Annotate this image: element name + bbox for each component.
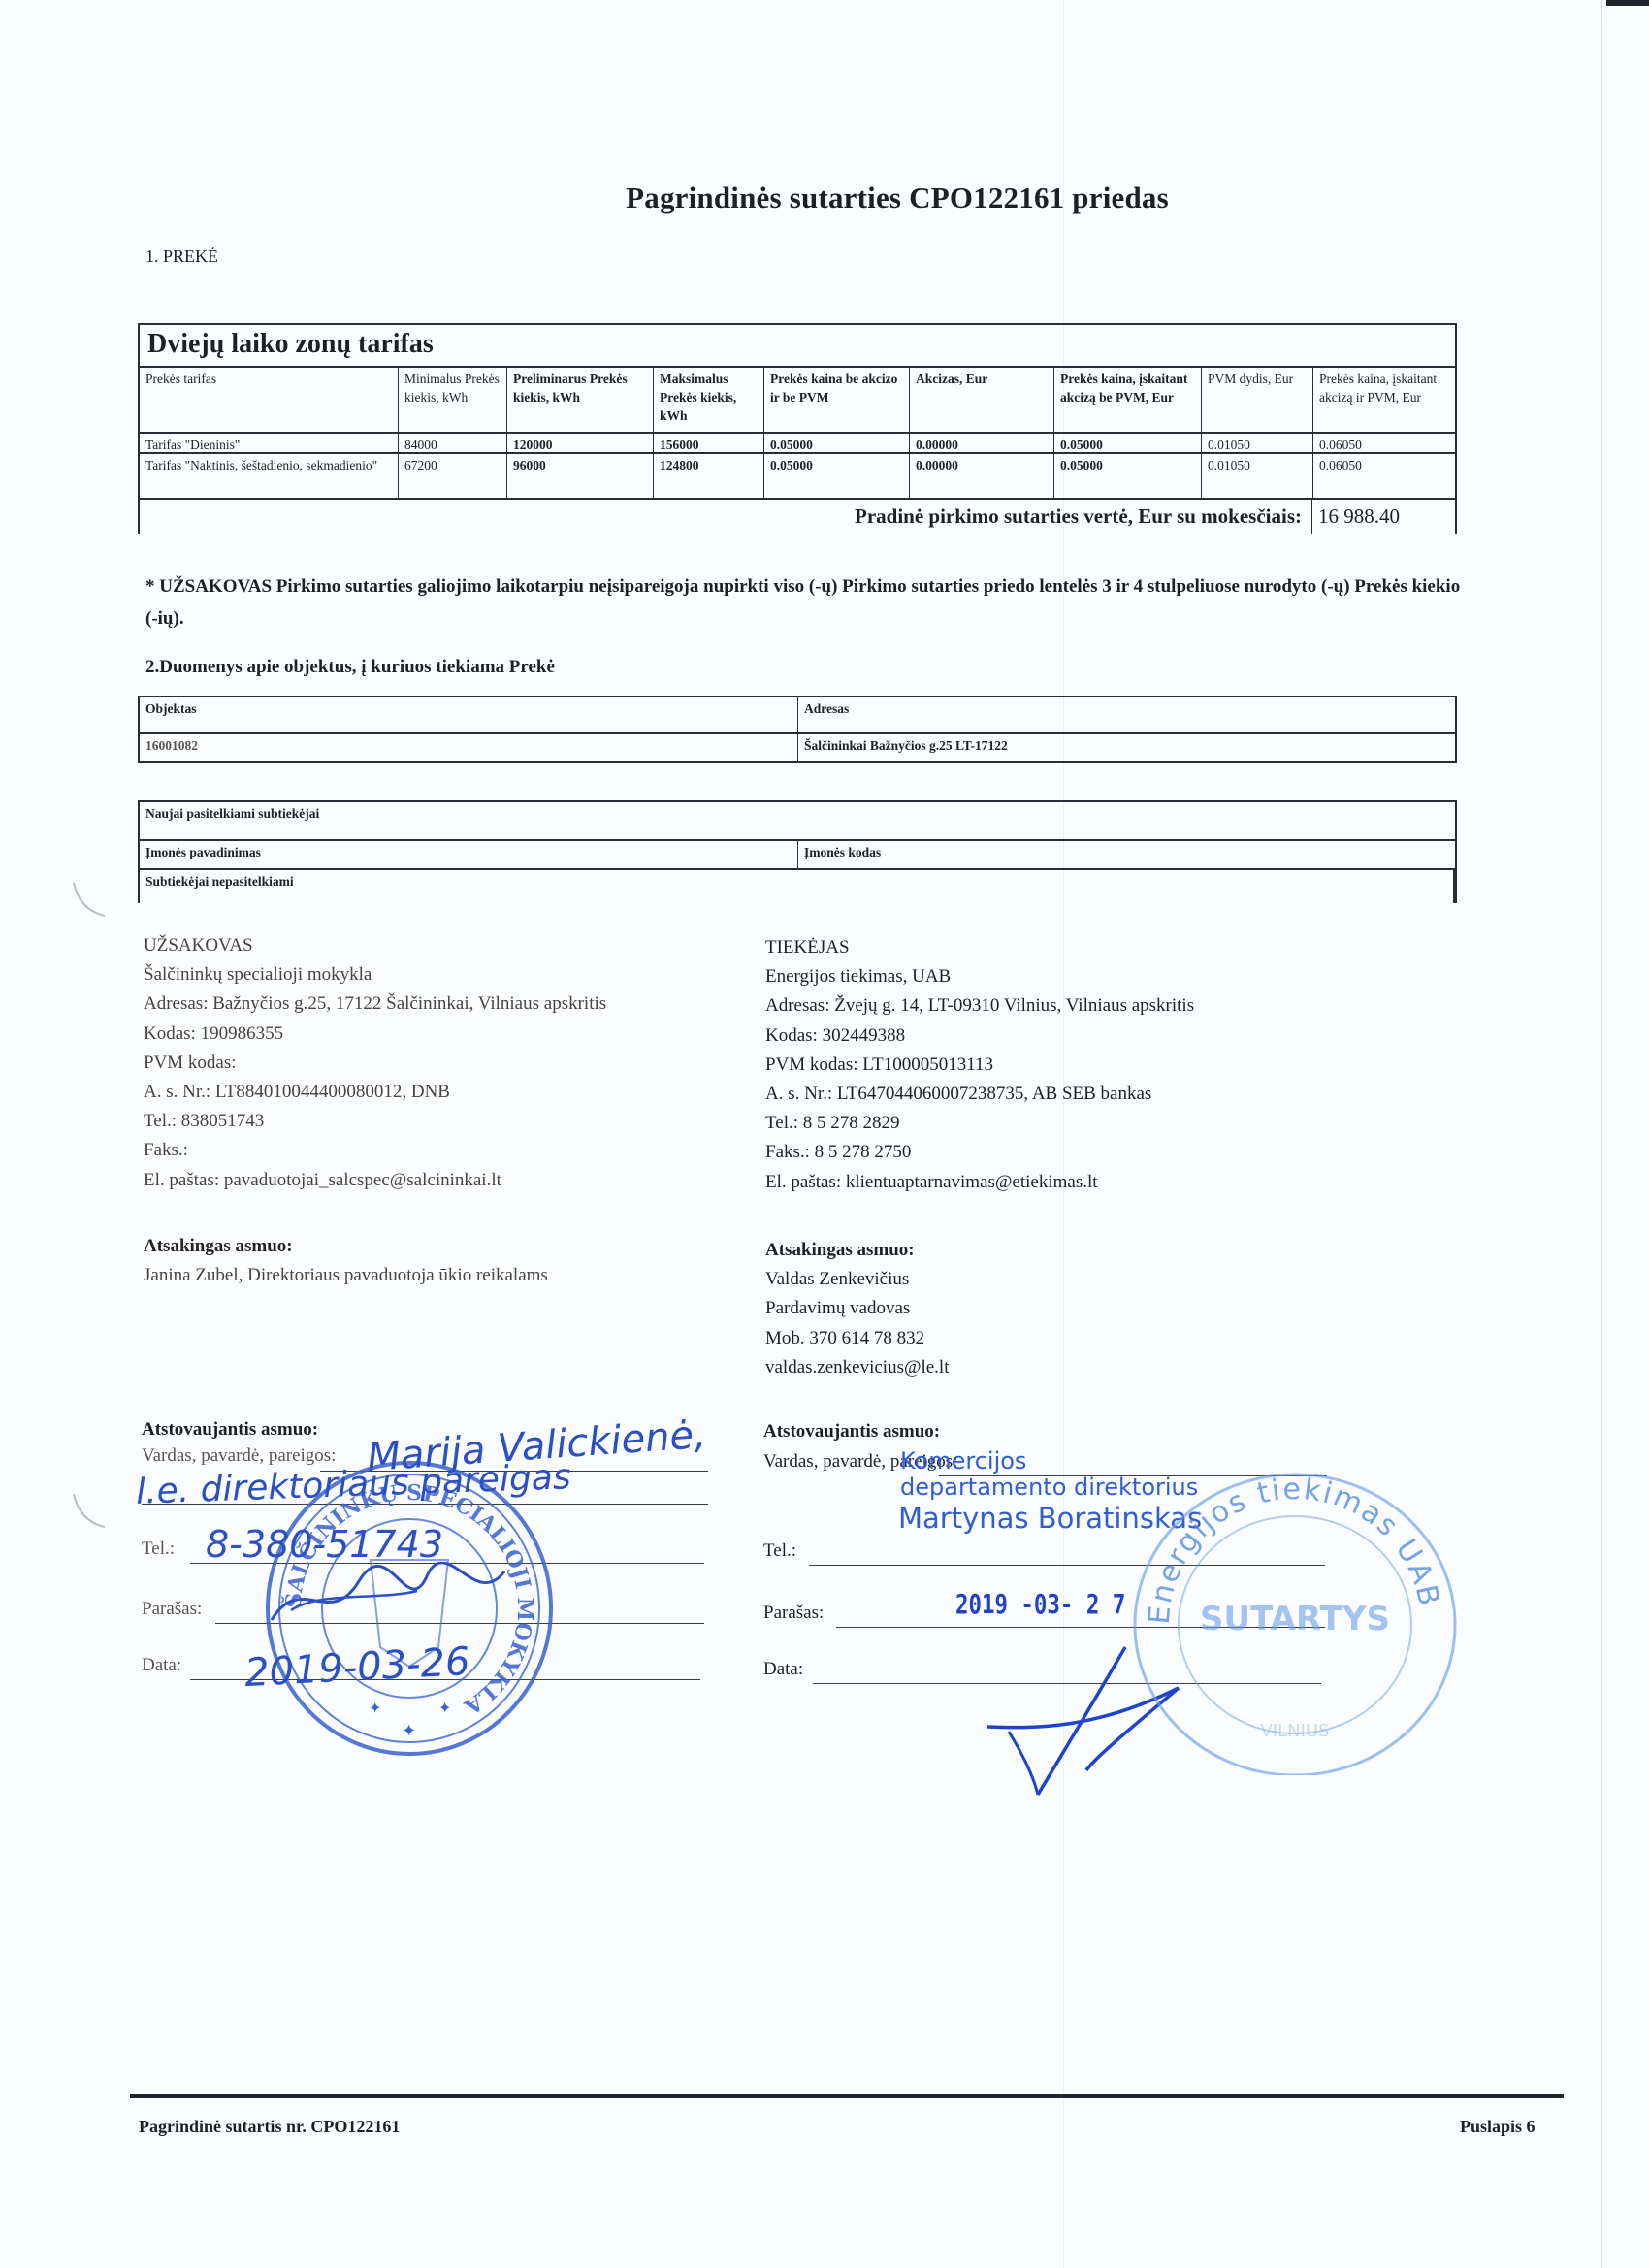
scan-artifact-line <box>1601 0 1602 2268</box>
svg-text:VILNIUS: VILNIUS <box>1260 1721 1329 1741</box>
total-label: Pradinė pirkimo sutarties vertė, Eur su … <box>140 500 1311 534</box>
objects-header-row: Objektas Adresas <box>140 697 1455 734</box>
table-cell: Tarifas "Naktinis, šeštadienio, sekmadie… <box>140 454 398 498</box>
customer-email: El. paštas: pavaduotojai_salcspec@salcin… <box>144 1166 606 1195</box>
supplier-details: TIEKĖJAS Energijos tiekimas, UAB Adresas… <box>765 933 1194 1197</box>
table-cell: 67200 <box>398 454 506 498</box>
supplier-date-stamp: 2019 -03- 2 7 <box>955 1588 1125 1620</box>
tariff-table-title-row: Dviejų laiko zonų tarifas <box>140 325 1455 368</box>
footer-page-number: Puslapis 6 <box>1460 2117 1536 2137</box>
tariff-table-header-row: Prekės tarifasMinimalus Prekės kiekis, k… <box>140 368 1455 434</box>
customer-signature-field-label: Parašas: <box>142 1599 202 1620</box>
tariff-total-row: Pradinė pirkimo sutarties vertė, Eur su … <box>140 500 1455 534</box>
supplier-fax: Faks.: 8 5 278 2750 <box>765 1138 1194 1167</box>
supplier-phone: Tel.: 8 5 278 2829 <box>765 1109 1194 1138</box>
customer-signature <box>262 1562 514 1639</box>
subcontractors-title: Naujai pasitelkiami subtiekėjai <box>140 802 1455 839</box>
customer-code: Kodas: 190986355 <box>144 1020 606 1049</box>
customer-responsible: Atsakingas asmuo: Janina Zubel, Direktor… <box>144 1232 548 1290</box>
column-header: Akcizas, Eur <box>909 368 1053 432</box>
page-title: Pagrindinės sutarties CPO122161 priedas <box>0 180 1649 215</box>
table-row: Tarifas "Dieninis"840001200001560000.050… <box>140 434 1455 454</box>
svg-text:✦: ✦ <box>369 1701 381 1717</box>
customer-name: Šalčininkų specialioji mokykla <box>144 960 606 989</box>
table-cell: 0.06050 <box>1312 454 1455 498</box>
total-value: 16 988.40 <box>1311 500 1455 534</box>
column-header: Prekės kaina, įskaitant akcizą ir PVM, E… <box>1312 368 1455 432</box>
tariff-table: Dviejų laiko zonų tarifas Prekės tarifas… <box>138 323 1457 534</box>
column-header: Preliminarus Prekės kiekis, kWh <box>506 368 653 432</box>
supplier-signature-field-label: Parašas: <box>763 1603 824 1624</box>
column-header: Prekės kaina, įskaitant akcizą be PVM, E… <box>1053 368 1201 432</box>
subcontractors-title-row: Naujai pasitelkiami subtiekėjai <box>140 802 1455 841</box>
supplier-phone-field-label: Tel.: <box>763 1540 796 1562</box>
table-cell: 0.00000 <box>909 454 1053 498</box>
subcontractors-table: Naujai pasitelkiami subtiekėjai Įmonės p… <box>138 800 1457 903</box>
customer-phone-field-label: Tel.: <box>142 1539 175 1560</box>
customer-phone: Tel.: 838051743 <box>144 1107 606 1136</box>
customer-address: Adresas: Bažnyčios g.25, 17122 Šalčinink… <box>144 989 606 1019</box>
quantity-note: * UŽSAKOVAS Pirkimo sutarties galiojimo … <box>145 570 1465 634</box>
table-cell: 120000 <box>506 434 653 452</box>
scan-edge <box>1606 0 1649 6</box>
column-header: Prekės tarifas <box>140 368 398 432</box>
table-cell: 0.05000 <box>1053 434 1201 452</box>
object-id: 16001082 <box>140 734 797 761</box>
svg-text:✦: ✦ <box>402 1721 416 1740</box>
table-cell: 96000 <box>506 454 653 498</box>
column-header: Prekės kaina be akcizo ir be PVM <box>763 368 909 432</box>
svg-text:✦: ✦ <box>438 1701 451 1717</box>
supplier-email: El. paštas: klientuaptarnavimas@etiekima… <box>765 1168 1194 1197</box>
supplier-code: Kodas: 302449388 <box>765 1021 1194 1051</box>
header-company-name: Įmonės pavadinimas <box>140 841 797 868</box>
objects-header-adresas: Adresas <box>797 697 1455 732</box>
tariff-table-title: Dviejų laiko zonų tarifas <box>140 325 1455 366</box>
supplier-account: A. s. Nr.: LT647044060007238735, AB SEB … <box>765 1080 1194 1109</box>
header-company-code: Įmonės kodas <box>797 841 1455 868</box>
table-cell: 156000 <box>653 434 763 452</box>
supplier-vat-code: PVM kodas: LT100005013113 <box>765 1051 1194 1080</box>
table-cell: 0.00000 <box>909 434 1053 452</box>
object-address: Šalčininkai Bažnyčios g.25 LT-17122 <box>797 734 1455 761</box>
supplier-date-field-label: Data: <box>763 1659 803 1680</box>
handwritten-phone: 8-380-51743 <box>206 1523 443 1566</box>
no-subcontractors: Subtiekėjai nepasitelkiami <box>140 870 1455 903</box>
supplier-responsible-email: valdas.zenkevicius@le.lt <box>765 1353 950 1382</box>
objects-header-objektas: Objektas <box>140 697 797 732</box>
customer-vat-code: PVM kodas: <box>144 1049 606 1078</box>
hole-punch-mark <box>66 873 114 931</box>
supplier-role: TIEKĖJAS <box>765 933 1194 962</box>
objects-table: Objektas Adresas 16001082 Šalčininkai Ba… <box>138 696 1457 763</box>
column-header: Minimalus Prekės kiekis, kWh <box>398 368 506 432</box>
hole-punch-mark <box>66 1484 114 1542</box>
table-cell: 0.06050 <box>1312 434 1455 452</box>
column-header: Maksimalus Prekės kiekis, kWh <box>653 368 763 432</box>
customer-date-field-label: Data: <box>142 1655 181 1676</box>
supplier-name: Energijos tiekimas, UAB <box>765 962 1194 991</box>
table-cell: 0.05000 <box>763 434 909 452</box>
table-cell: Tarifas "Dieninis" <box>140 434 398 452</box>
table-cell: 0.05000 <box>763 454 909 498</box>
customer-fax: Faks.: <box>144 1136 606 1165</box>
supplier-responsible: Atsakingas asmuo: Valdas Zenkevičius Par… <box>765 1236 950 1382</box>
section-heading-preke: 1. PREKĖ <box>145 246 218 267</box>
table-cell: 84000 <box>398 434 506 452</box>
supplier-address: Adresas: Žvejų g. 14, LT-09310 Vilnius, … <box>765 991 1194 1021</box>
supplier-responsible-name: Valdas Zenkevičius <box>765 1265 950 1294</box>
table-row: Subtiekėjai nepasitelkiami <box>140 870 1455 903</box>
svg-text:SUTARTYS: SUTARTYS <box>1200 1600 1390 1638</box>
table-row: Tarifas "Naktinis, šeštadienio, sekmadie… <box>140 454 1455 500</box>
subcontractors-header-row: Įmonės pavadinimas Įmonės kodas <box>140 841 1455 870</box>
table-cell: 124800 <box>653 454 763 498</box>
table-row: 16001082 Šalčininkai Bažnyčios g.25 LT-1… <box>140 734 1455 761</box>
table-cell: 0.01050 <box>1201 434 1312 452</box>
supplier-representative-label: Atstovaujantis asmuo: <box>763 1421 940 1442</box>
customer-account: A. s. Nr.: LT884010044400080012, DNB <box>144 1078 606 1107</box>
customer-representative-label: Atstovaujantis asmuo: <box>142 1419 318 1441</box>
table-cell: 0.01050 <box>1201 454 1312 498</box>
customer-responsible-label: Atsakingas asmuo: <box>144 1232 548 1261</box>
customer-details: UŽSAKOVAS Šalčininkų specialioji mokykla… <box>144 931 606 1195</box>
section-heading-objects: 2.Duomenys apie objektus, į kuriuos tiek… <box>145 657 555 678</box>
customer-responsible-person: Janina Zubel, Direktoriaus pavaduotoja ū… <box>144 1261 548 1290</box>
supplier-responsible-mobile: Mob. 370 614 78 832 <box>765 1324 950 1353</box>
footer-divider <box>130 2094 1564 2098</box>
supplier-responsible-title: Pardavimų vadovas <box>765 1294 950 1323</box>
footer-contract-number: Pagrindinė sutartis nr. CPO122161 <box>139 2117 400 2137</box>
table-cell: 0.05000 <box>1053 454 1201 498</box>
supplier-responsible-label: Atsakingas asmuo: <box>765 1236 950 1265</box>
customer-role: UŽSAKOVAS <box>144 931 606 960</box>
column-header: PVM dydis, Eur <box>1201 368 1312 432</box>
supplier-company-stamp: Energijos tiekimas UAB SUTARTYS VILNIUS <box>1115 1455 1474 1775</box>
